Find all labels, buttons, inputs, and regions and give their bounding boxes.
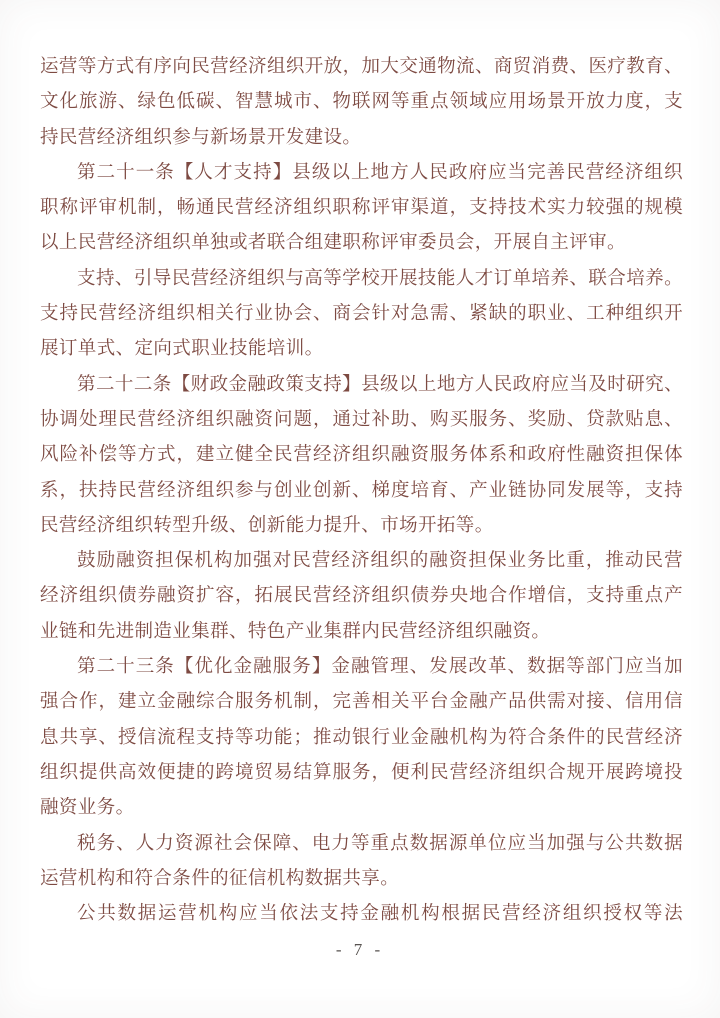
text-line: 公共数据运营机构应当依法支持金融机构根据民营经济组织授权等法	[40, 897, 683, 932]
text-line: 经济组织债券融资扩容，拓展民营经济组织债券央地合作增信，支持重点产	[40, 579, 683, 614]
text-line: 鼓励融资担保机构加强对民营经济组织的融资担保业务比重，推动民营	[40, 544, 683, 579]
text-line: 展订单式、定向式职业技能培训。	[40, 332, 683, 367]
document-page: 运营等方式有序向民营经济组织开放，加大交通物流、商贸消费、医疗教育、 文化旅游、…	[0, 0, 720, 1018]
text-line: 融资业务。	[40, 791, 683, 826]
text-line: 组织提供高效便捷的跨境贸易结算服务，便利民营经济组织合规开展跨境投	[40, 756, 683, 791]
text-line: 业链和先进制造业集群、特色产业集群内民营经济组织融资。	[40, 615, 683, 650]
paragraph: 公共数据运营机构应当依法支持金融机构根据民营经济组织授权等法	[40, 897, 683, 932]
paragraph: 税务、人力资源社会保障、电力等重点数据源单位应当加强与公共数据 运营机构和符合条…	[40, 827, 683, 898]
document-body: 运营等方式有序向民营经济组织开放，加大交通物流、商贸消费、医疗教育、 文化旅游、…	[40, 50, 683, 932]
text-line: 支持民营经济组织相关行业协会、商会针对急需、紧缺的职业、工种组织开	[40, 297, 683, 332]
text-line: 文化旅游、绿色低碳、智慧城市、物联网等重点领域应用场景开放力度，支	[40, 85, 683, 120]
text-line: 风险补偿等方式，建立健全民营经济组织融资服务体系和政府性融资担保体	[40, 438, 683, 473]
text-line: 持民营经济组织参与新场景开发建设。	[40, 121, 683, 156]
paragraph: 鼓励融资担保机构加强对民营经济组织的融资担保业务比重，推动民营 经济组织债券融资…	[40, 544, 683, 650]
article-heading-line: 第二十二条【财政金融政策支持】县级以上地方人民政府应当及时研究、	[40, 368, 683, 403]
text-line: 支持、引导民营经济组织与高等学校开展技能人才订单培养、联合培养。	[40, 262, 683, 297]
text-line: 民营经济组织转型升级、创新能力提升、市场开拓等。	[40, 509, 683, 544]
text-line: 息共享、授信流程支持等功能；推动银行业金融机构为符合条件的民营经济	[40, 721, 683, 756]
text-line: 系，扶持民营经济组织参与创业创新、梯度培育、产业链协同发展等，支持	[40, 474, 683, 509]
text-line: 以上民营经济组织单独或者联合组建职称评审委员会，开展自主评审。	[40, 226, 683, 261]
article-heading-line: 第二十一条【人才支持】县级以上地方人民政府应当完善民营经济组织	[40, 156, 683, 191]
text-line: 职称评审机制，畅通民营经济组织职称评审渠道，支持技术实力较强的规模	[40, 191, 683, 226]
text-line: 运营等方式有序向民营经济组织开放，加大交通物流、商贸消费、医疗教育、	[40, 50, 683, 85]
text-line: 运营机构和符合条件的征信机构数据共享。	[40, 862, 683, 897]
paragraph: 运营等方式有序向民营经济组织开放，加大交通物流、商贸消费、医疗教育、 文化旅游、…	[40, 50, 683, 156]
paragraph-article-21: 第二十一条【人才支持】县级以上地方人民政府应当完善民营经济组织 职称评审机制，畅…	[40, 156, 683, 262]
text-line: 税务、人力资源社会保障、电力等重点数据源单位应当加强与公共数据	[40, 827, 683, 862]
text-line: 强合作，建立金融综合服务机制，完善相关平台金融产品供需对接、信用信	[40, 685, 683, 720]
article-heading-line: 第二十三条【优化金融服务】金融管理、发展改革、数据等部门应当加	[40, 650, 683, 685]
page-number: - 7 -	[0, 936, 720, 964]
text-line: 协调处理民营经济组织融资问题，通过补助、购买服务、奖励、贷款贴息、	[40, 403, 683, 438]
paragraph-article-23: 第二十三条【优化金融服务】金融管理、发展改革、数据等部门应当加 强合作，建立金融…	[40, 650, 683, 826]
paragraph-article-22: 第二十二条【财政金融政策支持】县级以上地方人民政府应当及时研究、 协调处理民营经…	[40, 368, 683, 544]
paragraph: 支持、引导民营经济组织与高等学校开展技能人才订单培养、联合培养。 支持民营经济组…	[40, 262, 683, 368]
